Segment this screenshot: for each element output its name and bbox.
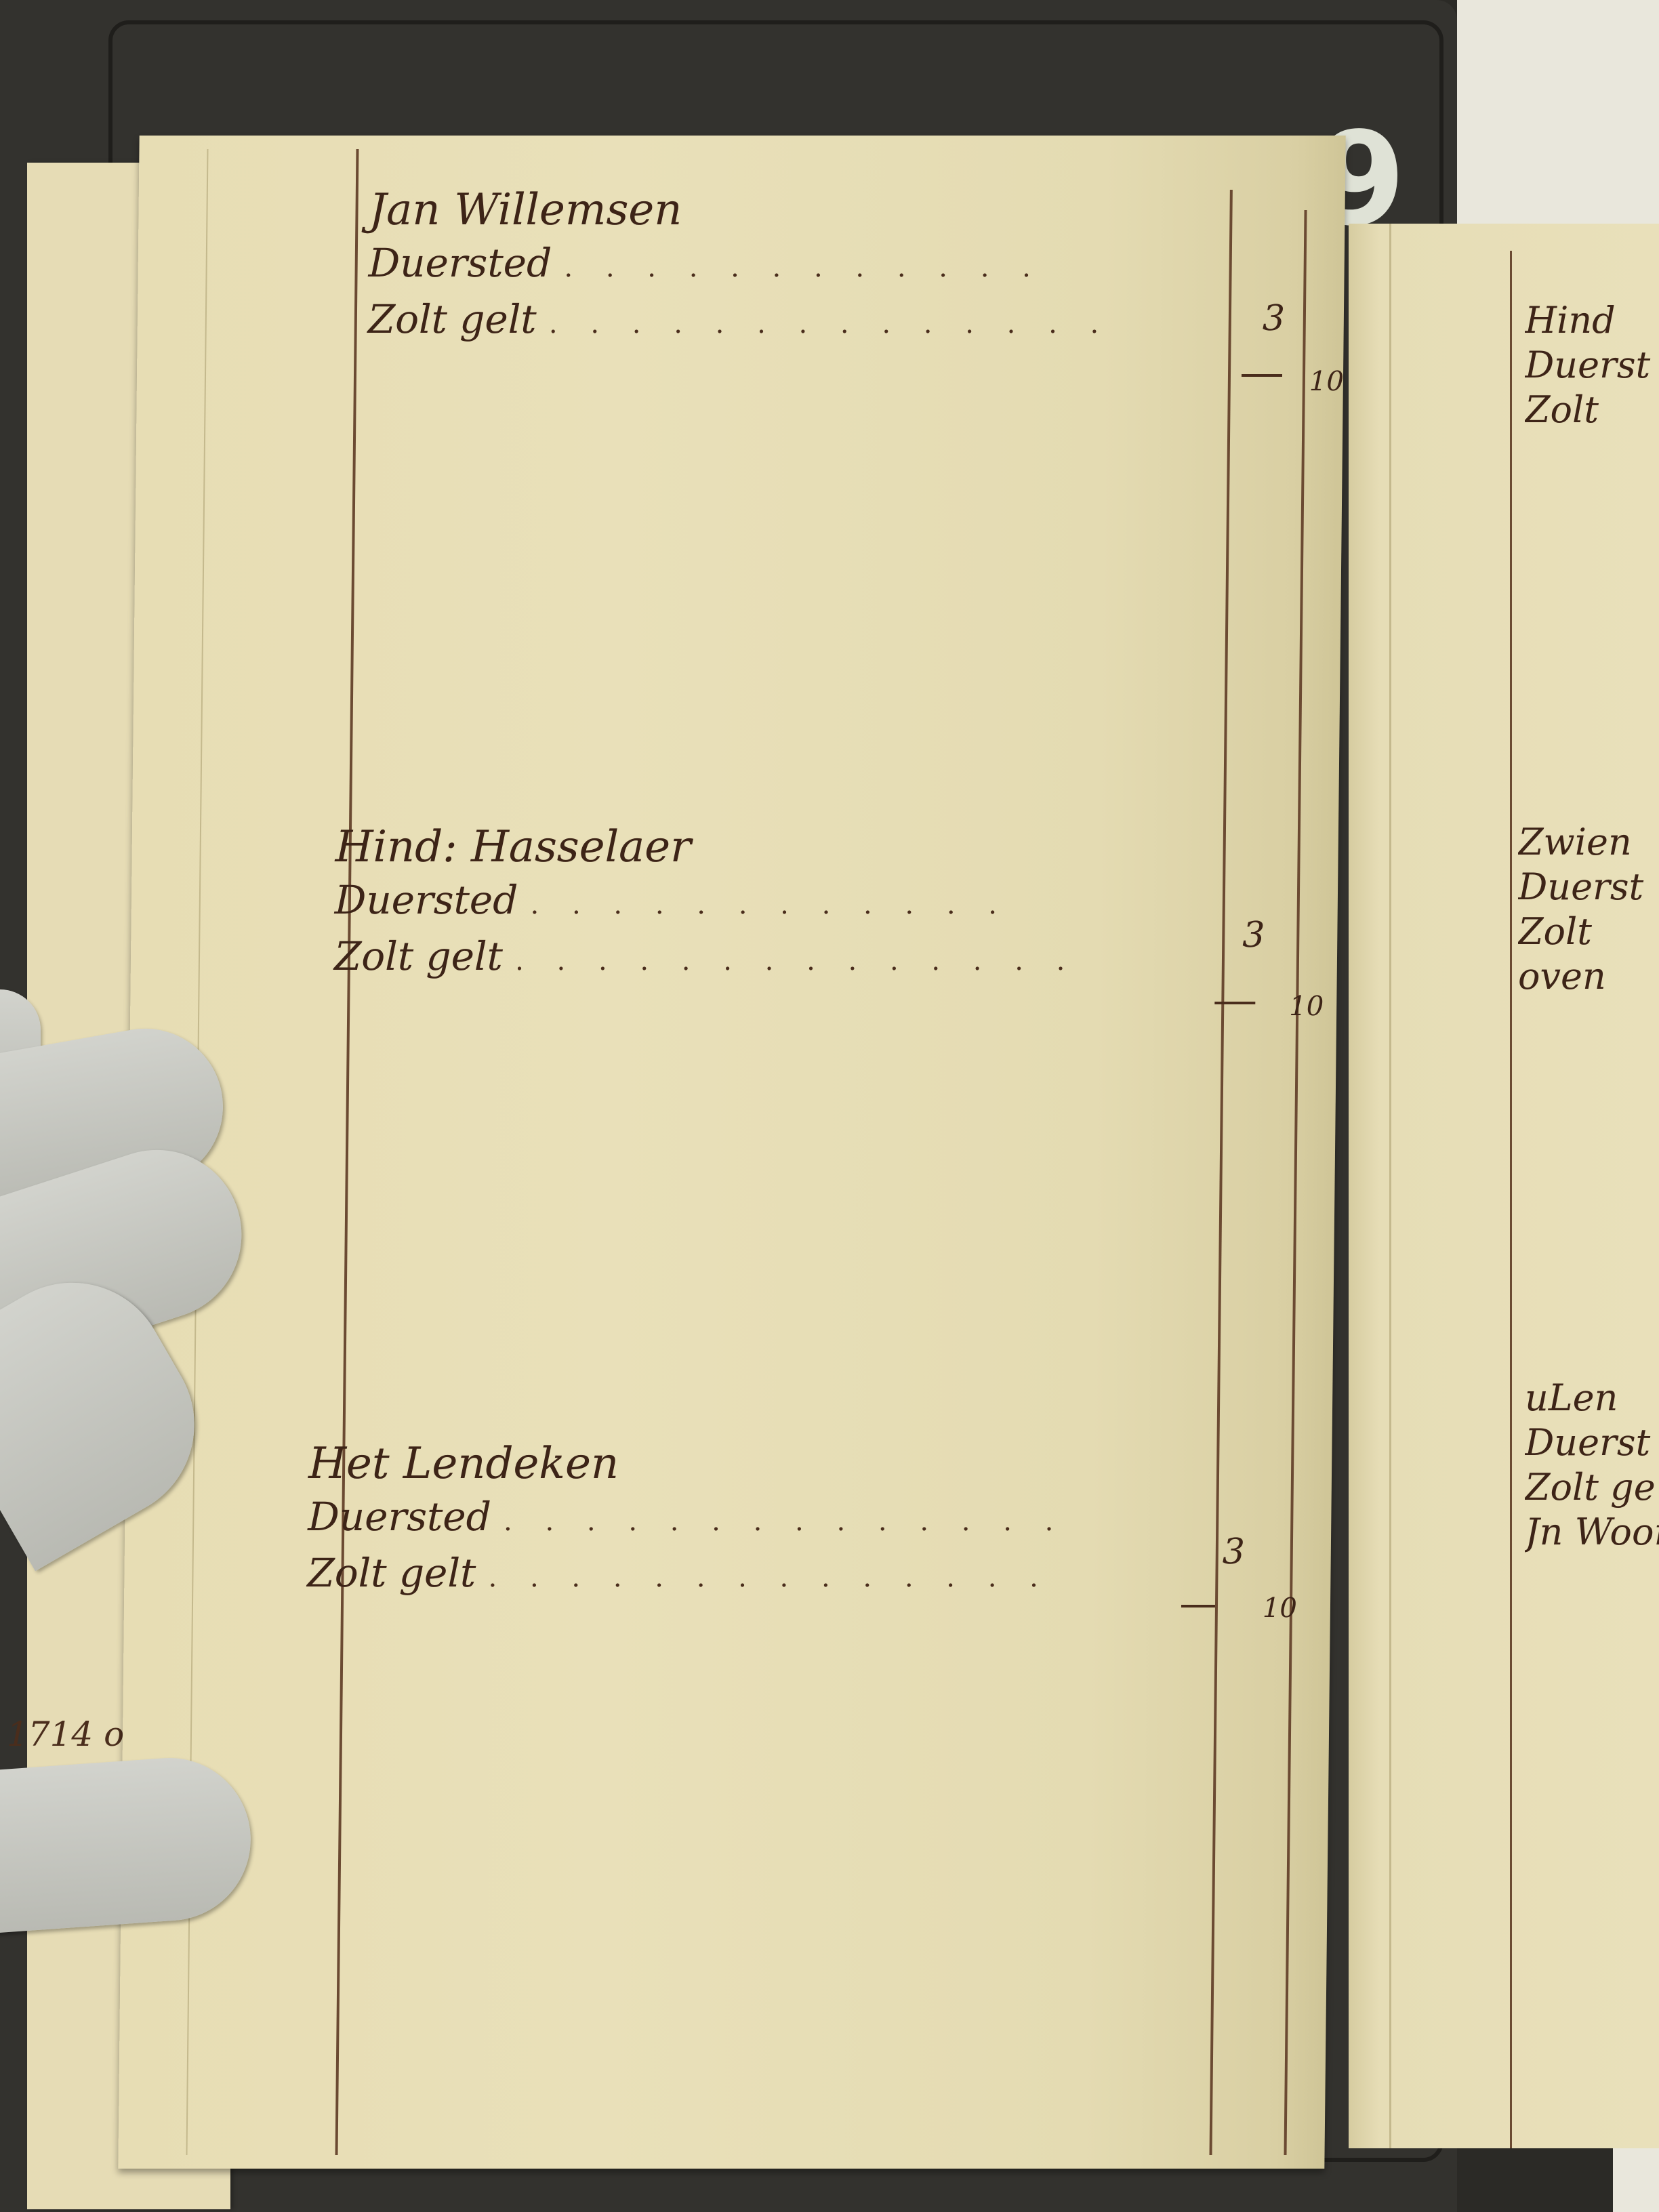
entry-line: Duerst xyxy=(1525,1420,1659,1465)
amount-value: 3 xyxy=(1223,1532,1246,1572)
leader-dots: . . . . . . . . . . . . xyxy=(564,252,1043,283)
ledger-entry: Het Lendeken Duersted . . . . . . . . . … xyxy=(307,1437,1067,1603)
entry-line: Zolt ge xyxy=(1525,1465,1659,1510)
ledger-page-left: Jan Willemsen Duersted . . . . . . . . .… xyxy=(118,136,1345,2169)
line-label: Zolt gelt xyxy=(368,296,537,342)
right-margin-rule xyxy=(1510,251,1512,2148)
entry-line: uLen xyxy=(1525,1376,1659,1420)
entry-line: Zolt xyxy=(1525,388,1659,432)
leader-dots: . . . . . . . . . . . . . . xyxy=(515,945,1078,977)
leader-dots: . . . . . . . . . . . . . . xyxy=(504,1506,1066,1537)
amount-dash xyxy=(1181,1605,1215,1607)
amount-value: 3 xyxy=(1242,915,1265,956)
leader-dots: . . . . . . . . . . . . . . xyxy=(549,308,1111,340)
line-label: Zolt gelt xyxy=(307,1550,476,1596)
entry-line: Zolt gelt . . . . . . . . . . . . . . xyxy=(334,930,1078,987)
entry-name: Het Lendeken xyxy=(308,1437,1067,1491)
line-label: Zolt gelt xyxy=(334,933,504,979)
entry-line: Zolt gelt . . . . . . . . . . . . . . xyxy=(307,1547,1065,1603)
amount-column-rule xyxy=(1210,190,1233,2155)
line-label: Duersted xyxy=(308,1494,491,1540)
ledger-entry: Hind: Hasselaer Duersted . . . . . . . .… xyxy=(334,820,1079,987)
entry-name: Jan Willemsen xyxy=(369,183,1112,237)
amount-value: 10 xyxy=(1309,366,1344,397)
line-label: Duersted xyxy=(368,240,552,286)
entry-name: Hind: Hasselaer xyxy=(335,820,1078,874)
leader-dots: . . . . . . . . . . . . . . xyxy=(488,1562,1050,1593)
amount-value: 10 xyxy=(1289,991,1324,1022)
ledger-page-right: Hind Duerst Zolt Zwien Duerst Zolt oven … xyxy=(1349,224,1659,2148)
entry-line: Zolt gelt . . . . . . . . . . . . . . xyxy=(367,293,1111,350)
line-label: Duersted xyxy=(335,877,518,923)
entry-line: Duerst xyxy=(1518,865,1654,909)
entry-line: Duerst xyxy=(1525,343,1659,388)
background-table xyxy=(1457,0,1659,230)
amount-value: 10 xyxy=(1263,1593,1297,1624)
amount-column-rule xyxy=(1284,210,1307,2155)
ledger-entry: Jan Willemsen Duersted . . . . . . . . .… xyxy=(367,183,1112,350)
right-page-entry: Zwien Duerst Zolt oven xyxy=(1518,820,1654,999)
right-page-entry: Hind Duerst Zolt xyxy=(1525,298,1659,432)
faint-rule xyxy=(1389,224,1391,2148)
left-margin-rule xyxy=(335,149,359,2155)
amount-value: 3 xyxy=(1263,298,1286,339)
entry-line: Hind xyxy=(1525,298,1659,343)
amount-dash xyxy=(1242,374,1282,377)
right-page-entry: uLen Duerst Zolt ge Jn Woon xyxy=(1525,1376,1659,1555)
entry-line: oven xyxy=(1518,954,1654,999)
entry-line: Duersted . . . . . . . . . . . . xyxy=(368,237,1111,293)
entry-line: Duersted . . . . . . . . . . . . xyxy=(334,874,1078,930)
entry-line: Jn Woon xyxy=(1525,1510,1659,1555)
entry-line: Zwien xyxy=(1518,820,1654,865)
leader-dots: . . . . . . . . . . . . xyxy=(530,889,1009,920)
entry-line: Zolt xyxy=(1518,909,1654,954)
amount-dash xyxy=(1214,1002,1255,1004)
entry-line: Duersted . . . . . . . . . . . . . . xyxy=(308,1491,1066,1547)
